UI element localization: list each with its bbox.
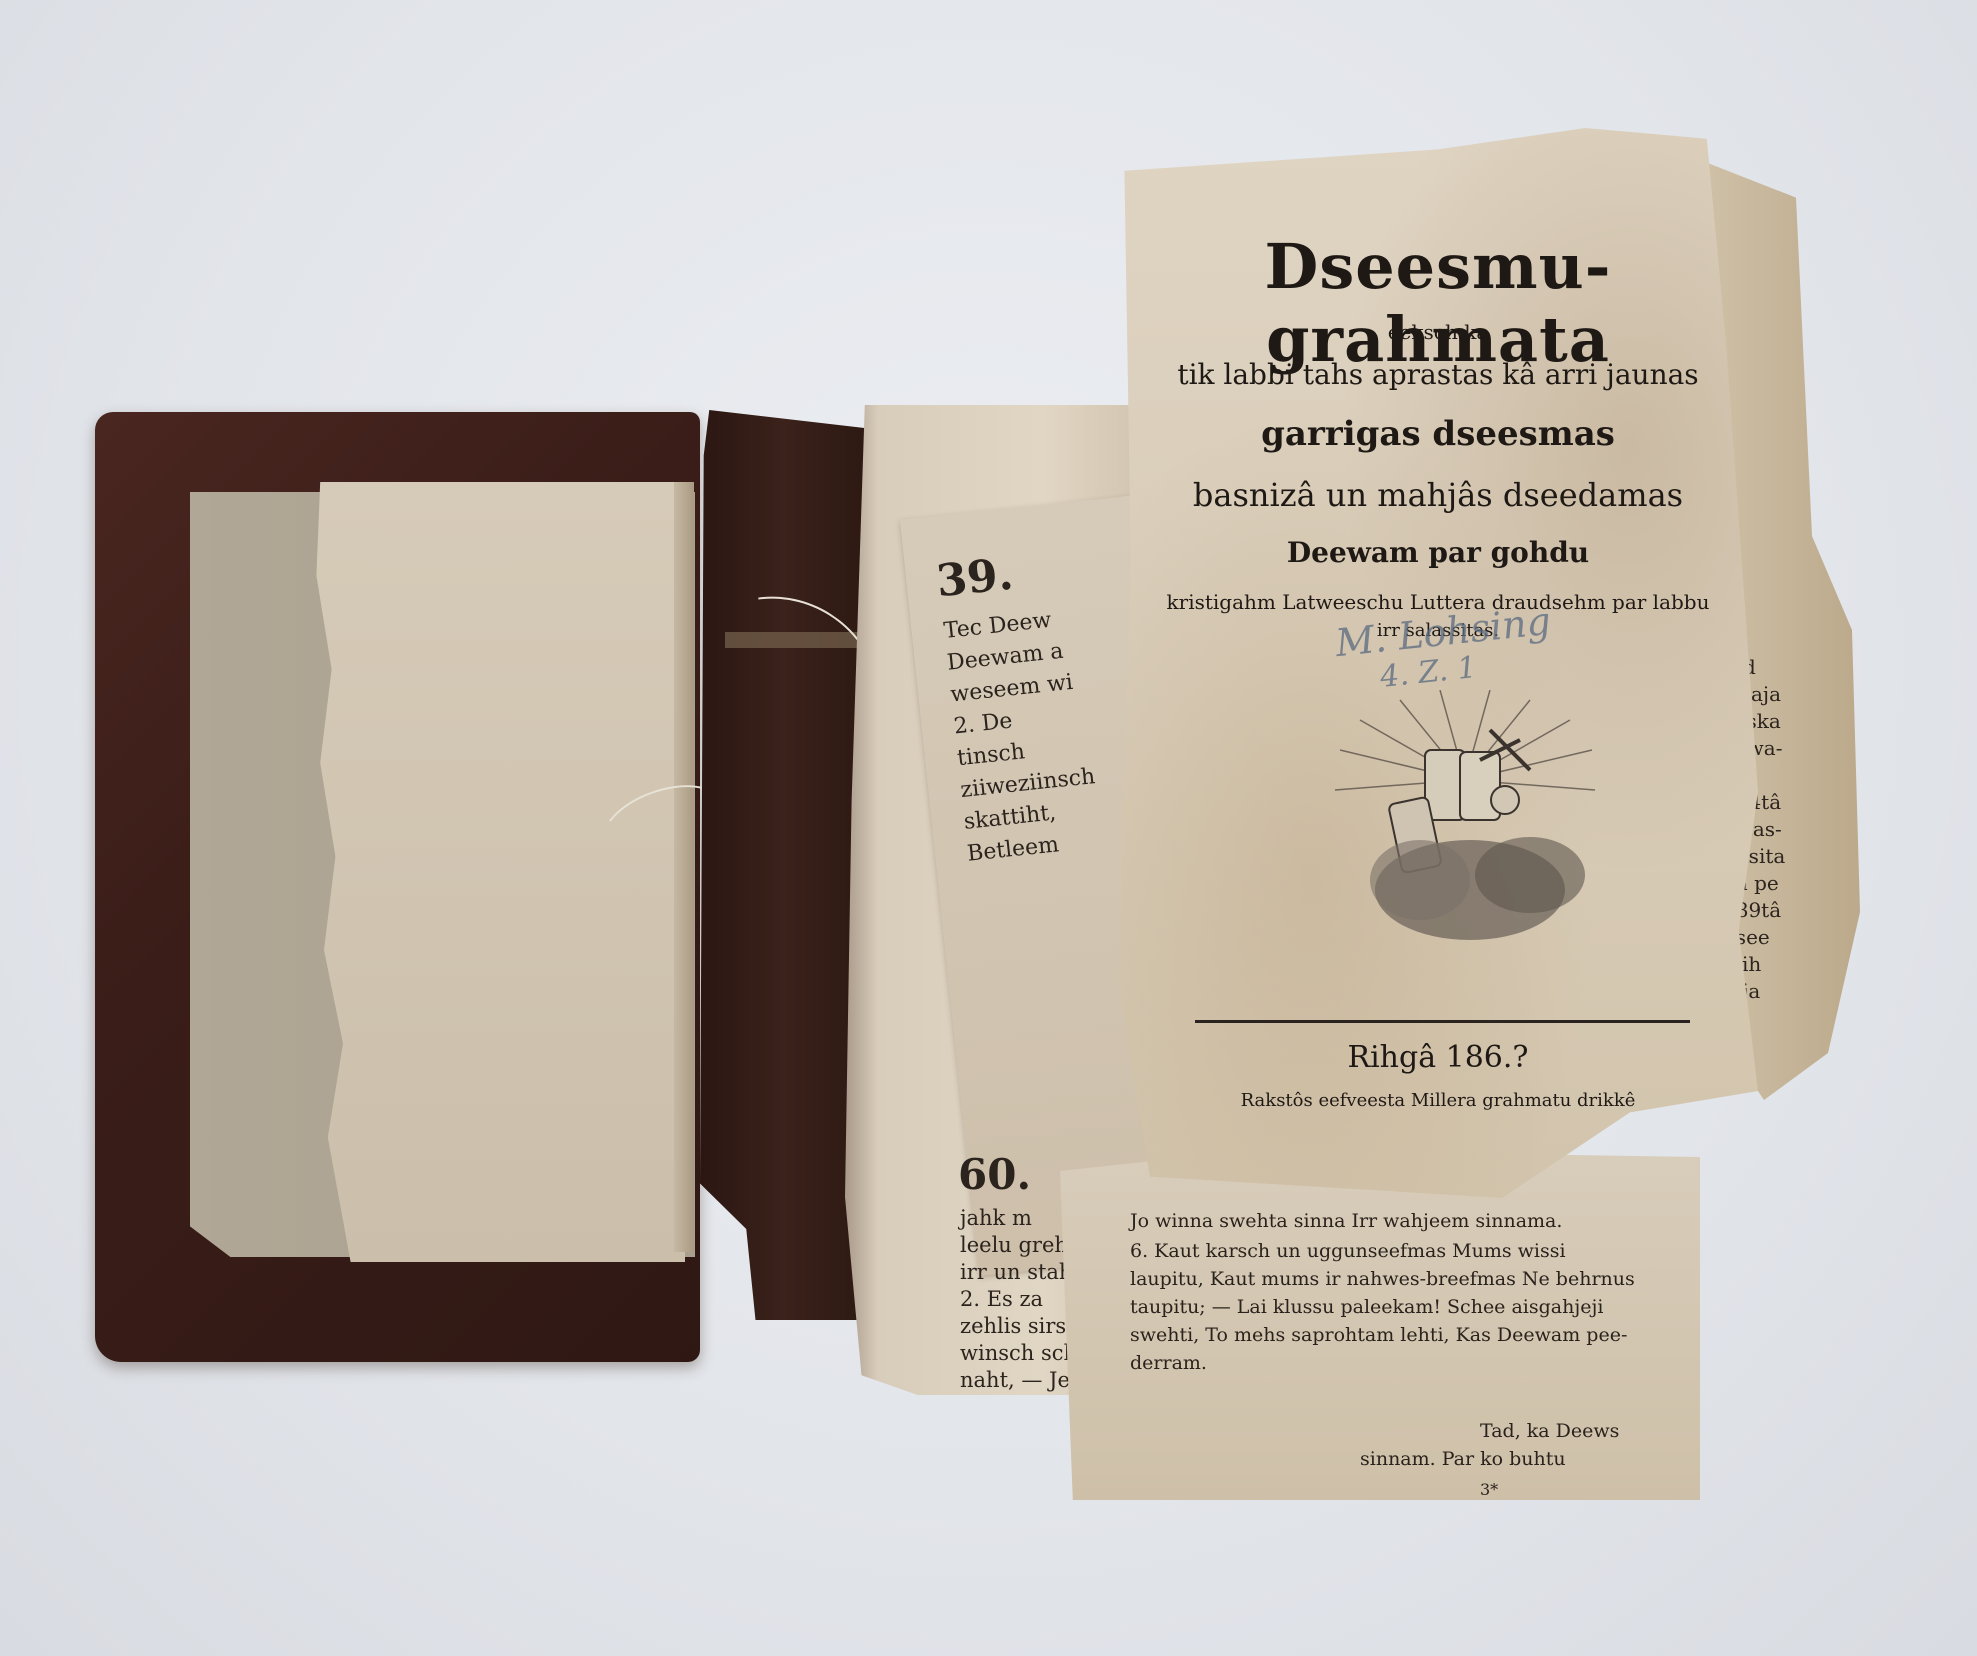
book-title: Dseesmu-grahmata — [1118, 230, 1758, 376]
title-rule — [1195, 1020, 1690, 1023]
title-line-1: eeksch ka — [1118, 320, 1758, 344]
verse-line: Jo winna swehta sinna Irr wahjeem sinnam… — [1130, 1210, 1562, 1232]
verse-line: sinnam. Par ko buhtu — [1360, 1448, 1566, 1470]
tablets-of-law-engraving-icon — [1330, 690, 1600, 950]
title-line-4: basnizâ un mahjâs dseedamas — [1118, 476, 1758, 514]
verse-line: derram. — [1130, 1352, 1207, 1374]
printer-line: Rakstôs eefveesta Millera grahmatu drikk… — [1118, 1090, 1758, 1111]
verse-line: taupitu; — Lai klussu paleekam! Schee ai… — [1130, 1296, 1603, 1318]
title-line-2: tik labbi tahs aprastas kâ arri jaunas — [1118, 358, 1758, 391]
page-signature-mark: 3* — [1480, 1480, 1498, 1499]
place-year: Rihgâ 186.? — [1118, 1040, 1758, 1075]
book-front-cover — [95, 412, 700, 1362]
title-line-5: Deewam par gohdu — [1118, 536, 1758, 569]
verse-line: Tad, ka Deews — [1480, 1420, 1619, 1442]
cover-endpaper — [305, 482, 685, 1262]
verse-line: swehti, To mehs saprohtam lehti, Kas Dee… — [1130, 1324, 1627, 1346]
hymn-39-text: Tec Deew Deewam a weseem wi 2. De tinsch… — [942, 602, 1103, 871]
hymn-number-60: 60. — [958, 1150, 1031, 1199]
title-line-3: garrigas dseesmas — [1118, 414, 1758, 454]
hymn-number-39: 39. — [934, 549, 1015, 608]
verse-line: laupitu, Kaut mums ir nahwes-breefmas Ne… — [1130, 1268, 1635, 1290]
verse-line: 6. Kaut karsch un uggunseefmas Mums wiss… — [1130, 1240, 1566, 1262]
cover-page-edge — [674, 482, 694, 1252]
